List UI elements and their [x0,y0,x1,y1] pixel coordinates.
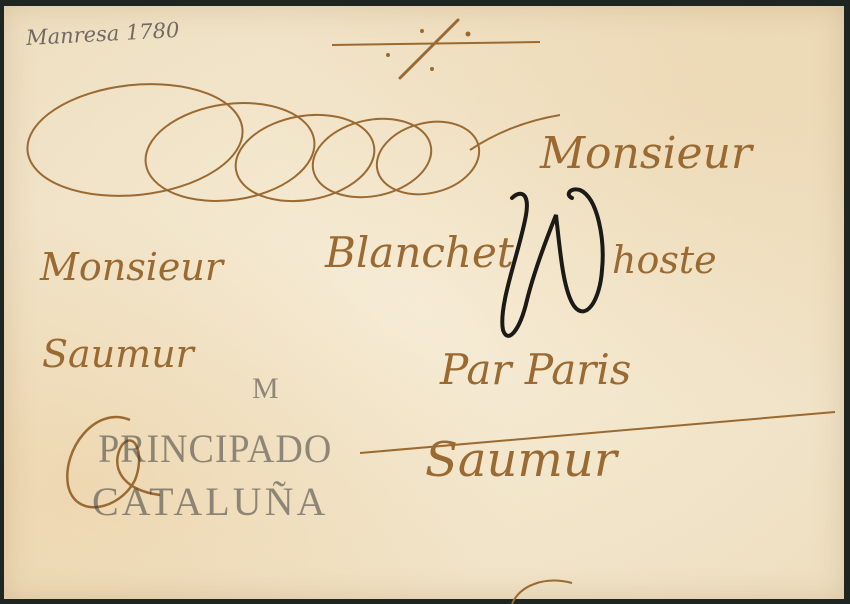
address-line-monsieur-left: Monsieur [40,245,223,289]
handstamp-line-1: PRINCIPADO [98,425,332,472]
address-destination: Saumur [425,432,617,488]
image-frame: Manresa 1780 Monsieur M [0,0,850,604]
address-suffix: hoste [612,238,717,282]
address-recipient-name: Blanchet [325,228,514,277]
address-via-paris: Par Paris [440,345,631,394]
handstamp-initial: M [252,372,281,406]
address-line-monsieur-right: Monsieur [540,128,752,179]
address-saumur-left: Saumur [42,332,194,376]
handstamp-line-2: CATALUÑA [92,478,328,525]
